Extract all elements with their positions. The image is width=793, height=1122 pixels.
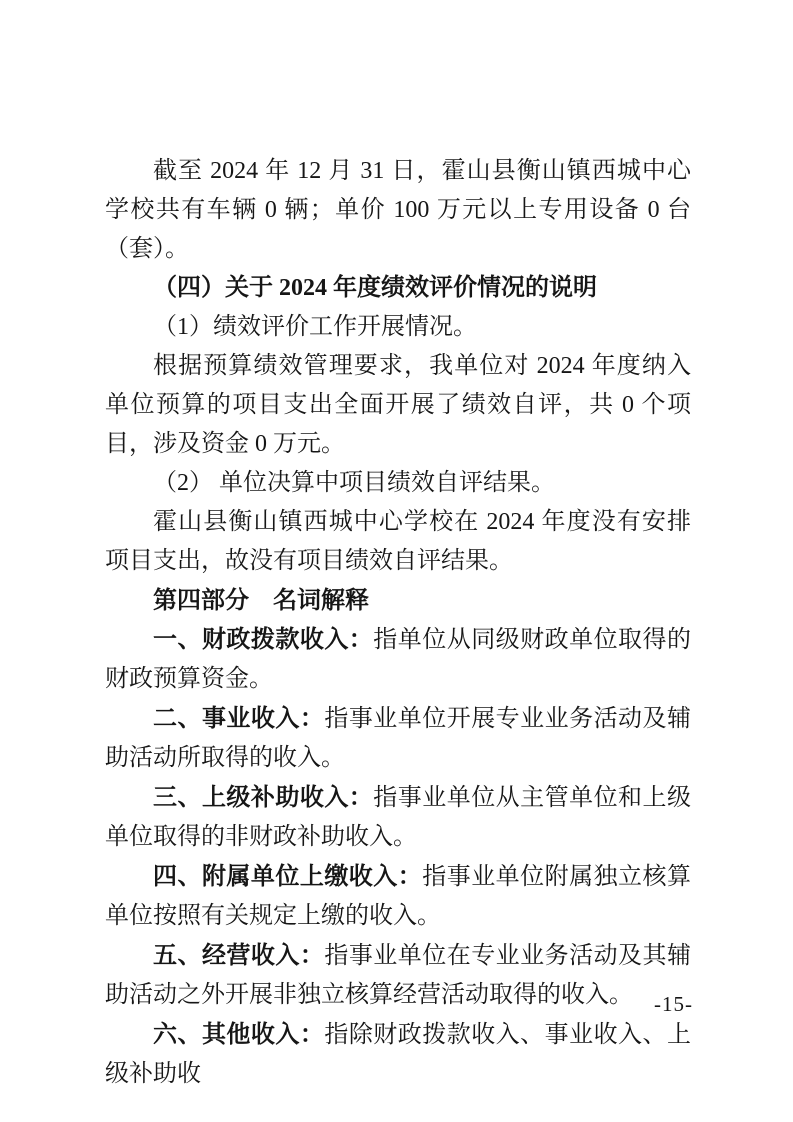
page-number: -15- [654, 992, 693, 1017]
term-lead: 三、上级补助收入： [153, 784, 373, 811]
term-item-operating-income: 五、经营收入：指事业单位在专业业务活动及其辅助活动之外开展非独立核算经营活动取得… [105, 936, 691, 1015]
term-item-business-income: 二、事业收入：指事业单位开展专业业务活动及辅助活动所取得的收入。 [105, 699, 691, 778]
document-page: 截至 2024 年 12 月 31 日，霍山县衡山镇西城中心学校共有车辆 0 辆… [0, 0, 793, 1122]
document-body: 截至 2024 年 12 月 31 日，霍山县衡山镇西城中心学校共有车辆 0 辆… [105, 152, 691, 1094]
term-lead: 六、其他收入： [153, 1021, 324, 1048]
term-lead: 一、财政拨款收入： [153, 626, 373, 653]
term-item-fiscal-appropriation-income: 一、财政拨款收入：指单位从同级财政单位取得的财政预算资金。 [105, 620, 691, 699]
term-item-other-income: 六、其他收入：指除财政拨款收入、事业收入、上级补助收 [105, 1015, 691, 1094]
paragraph-eval-work-body: 根据预算绩效管理要求，我单位对 2024 年度纳入单位预算的项目支出全面开展了绩… [105, 347, 691, 464]
term-lead: 四、附属单位上缴收入： [153, 863, 422, 890]
term-lead: 五、经营收入： [153, 942, 324, 969]
term-lead: 二、事业收入： [153, 705, 324, 732]
term-item-affiliated-unit-income: 四、附属单位上缴收入：指事业单位附属独立核算单位按照有关规定上缴的收入。 [105, 857, 691, 936]
paragraph-eval-result-title: （2） 单位决算中项目绩效自评结果。 [105, 464, 691, 503]
term-item-superior-subsidy-income: 三、上级补助收入：指事业单位从主管单位和上级单位取得的非财政补助收入。 [105, 778, 691, 857]
heading-part4-glossary: 第四部分 名词解释 [105, 581, 691, 620]
paragraph-eval-result-body: 霍山县衡山镇西城中心学校在 2024 年度没有安排项目支出，故没有项目绩效自评结… [105, 503, 691, 581]
paragraph-assets-summary: 截至 2024 年 12 月 31 日，霍山县衡山镇西城中心学校共有车辆 0 辆… [105, 152, 691, 269]
paragraph-eval-work-title: （1）绩效评价工作开展情况。 [105, 308, 691, 347]
heading-performance-evaluation: （四）关于 2024 年度绩效评价情况的说明 [105, 269, 691, 308]
